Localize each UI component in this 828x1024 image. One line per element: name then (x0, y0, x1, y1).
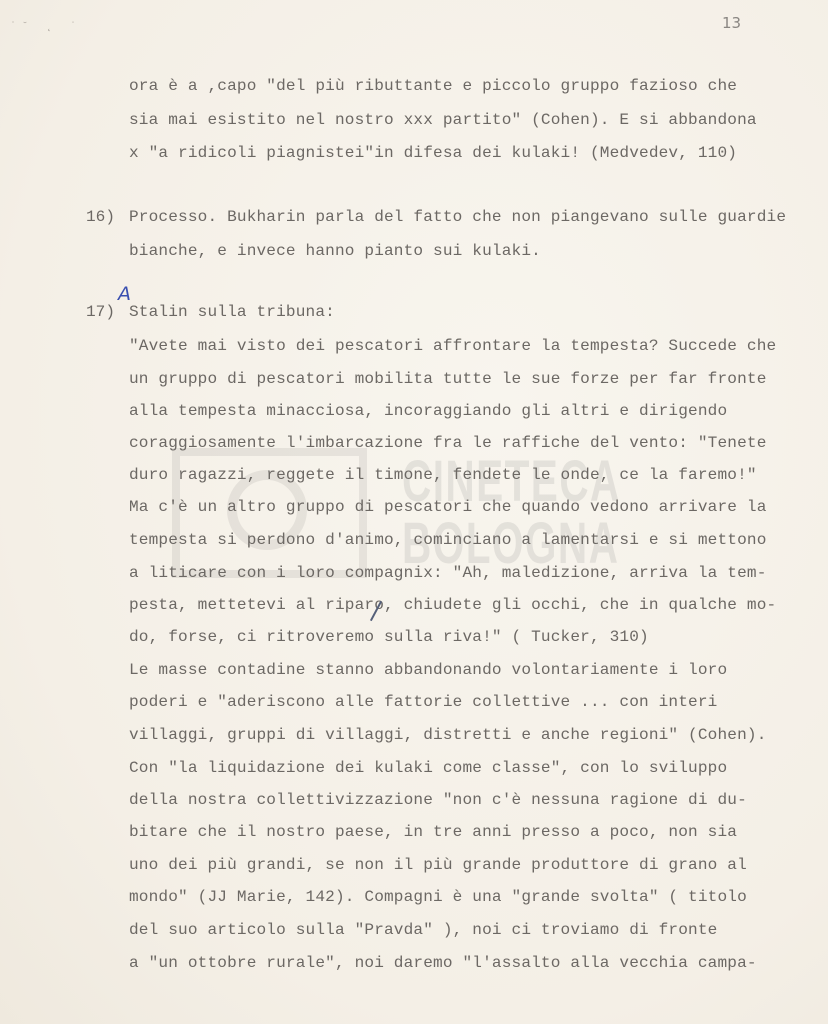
item-number: 16) (86, 208, 115, 226)
text-line: alla tempesta minacciosa, incoraggiando … (129, 402, 727, 420)
text-line: Stalin sulla tribuna: (129, 303, 335, 321)
text-line: del suo articolo sulla "Pravda" ), noi c… (129, 921, 717, 939)
text-line: "Avete mai visto dei pescatori affrontar… (129, 337, 776, 355)
handwritten-annotation-a: A (118, 283, 131, 305)
text-line: un gruppo di pescatori mobilita tutte le… (129, 370, 767, 388)
text-line: do, forse, ci ritroveremo sulla riva!" (… (129, 628, 649, 646)
text-line: della nostra collettivizzazione "non c'è… (129, 791, 747, 809)
text-line: bitare che il nostro paese, in tre anni … (129, 823, 737, 841)
text-line: poderi e "aderiscono alle fattorie colle… (129, 693, 717, 711)
text-line: x "a ridicoli piagnistei"in difesa dei k… (129, 144, 737, 162)
text-line: Ma c'è un altro gruppo di pescatori che … (129, 498, 767, 516)
text-line: sia mai esistito nel nostro xxx partito"… (129, 111, 757, 129)
text-line: bianche, e invece hanno pianto sui kulak… (129, 242, 541, 260)
text-line: Le masse contadine stanno abbandonando v… (129, 661, 727, 679)
text-line: mondo" (JJ Marie, 142). Compagni è una "… (129, 888, 747, 906)
text-line: pesta, mettetevi al riparo, chiudete gli… (129, 596, 776, 614)
text-line: uno dei più grandi, se non il più grande… (129, 856, 747, 874)
text-line: tempesta si perdono d'animo, cominciano … (129, 531, 767, 549)
text-line: Processo. Bukharin parla del fatto che n… (129, 208, 786, 226)
text-line: Con "la liquidazione dei kulaki come cla… (129, 759, 727, 777)
text-line: a "un ottobre rurale", noi daremo "l'ass… (129, 954, 757, 972)
item-number: 17) (86, 303, 115, 321)
page-number: 13 (722, 14, 741, 32)
text-line: villaggi, gruppi di villaggi, distretti … (129, 726, 767, 744)
text-line: duro ragazzi, reggete il timone, fendete… (129, 466, 757, 484)
text-line: coraggiosamente l'imbarcazione fra le ra… (129, 434, 767, 452)
paper-specks: ˙˘ ˛ ˈ (10, 22, 82, 33)
text-line: a liticare con i loro compagnix: "Ah, ma… (129, 564, 767, 582)
text-line: ora è a ,capo "del più ributtante e picc… (129, 77, 737, 95)
